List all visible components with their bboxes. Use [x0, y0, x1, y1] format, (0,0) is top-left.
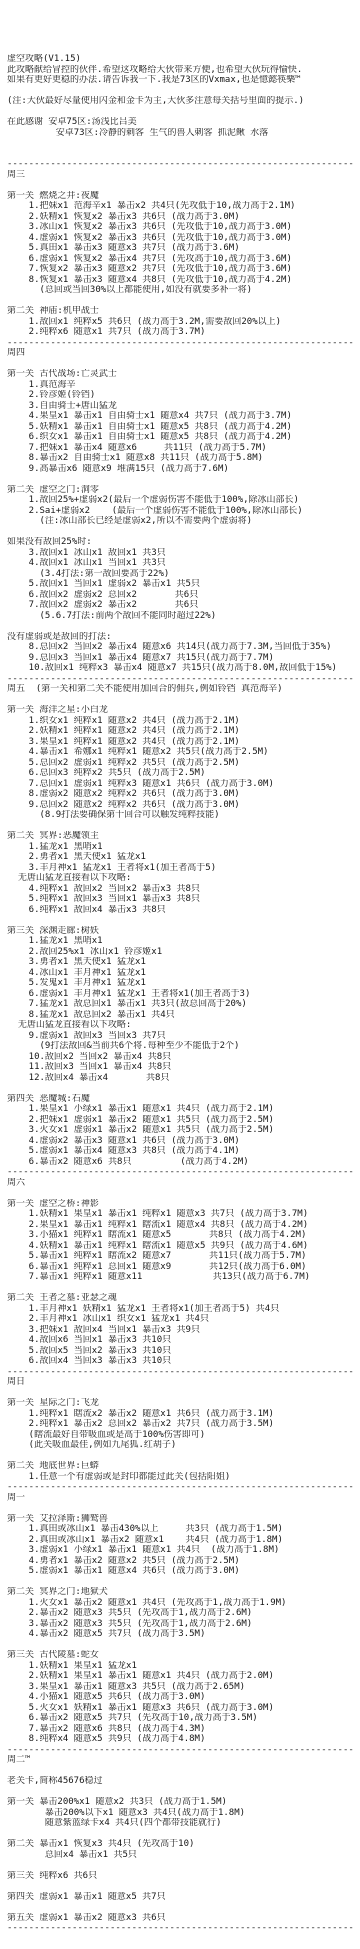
blank-line [7, 1881, 360, 1892]
separator-line: ----------------------------------------… [7, 1367, 360, 1378]
strategy-line: 9.总回x2 随意x2 纯粹x2 共6只 (战力高于3.0M) [7, 800, 360, 811]
strategy-line: 4.纯粹x1 敌回x2 当回x2 暴击x3 共8只 [7, 884, 360, 895]
blank-line [7, 1388, 360, 1399]
blank-line [7, 180, 360, 191]
stage-heading: 第二关 冥界:恶魔领主 [7, 831, 360, 842]
strategy-line: 5.纯粹x1 敌回x3 当回x1 暴击x3 共8只 [7, 894, 360, 905]
strategy-line: 4.虚弱x2 暴击x3 随意x1 共6只 (战力高于3.0M) [7, 1136, 360, 1147]
separator-line: ----------------------------------------… [7, 1923, 360, 1934]
stage-heading: 第二关 冥界之门:地狱犬 [7, 1587, 360, 1598]
strategy-line: 8.恢复x1 暴击x3 随意x4 共8只 (先攻低于10,战力高于4.2M) [7, 275, 360, 286]
strategy-line: 6.敌回x2 虚弱x2 总回x2 共6只 [7, 590, 360, 601]
strategy-line: 3.冰山x1 恢复x2 暴击x3 共6只 (先攻低于10,战力高于3.0M) [7, 222, 360, 233]
strategy-line: 2.妖精x1 果皇x1 暴击x1 随意x1 共4只 (战力高于2.0M) [7, 1671, 360, 1682]
blank-line [7, 1766, 360, 1777]
strategy-line: 1.猛龙x1 黑哨x1 [7, 936, 360, 947]
stage-heading: 没有虚弱或是敌回的打法: [7, 632, 360, 643]
blank-line [7, 1083, 360, 1094]
strategy-line: 2.纯粹x6 随意x1 共7只 (战力高于3.7M) [7, 327, 360, 338]
blank-line [7, 296, 360, 307]
strategy-line: 10.敌回x2 当回x2 暴击x4 共8只 [7, 1052, 360, 1063]
blank-line [7, 474, 360, 485]
strategy-line: 4.果皇x1 暴击x1 自由骑士x1 随意x4 共7只 (战力高于3.7M) [7, 411, 360, 422]
strategy-line: (总回或当回30%以上都能使用,如没有就要多补一将) [7, 285, 360, 296]
strategy-line: 3.敌回x1 冰山x1 敌回x1 共3只 [7, 548, 360, 559]
strategy-line: 4.暴击x2 随意x5 共7只 (战力高于3.5M) [7, 1629, 360, 1640]
strategy-line: 5.敌回x5 当回x2 暴击x3 共10只 [7, 1346, 360, 1357]
strategy-line: 4.冰山x1 丰月神x1 猛龙x1 [7, 968, 360, 979]
strategy-line: 4.妖精x1 暴击x1 纯粹x1 瞎流x1 随意x5 共9只 (战力高于4.6M… [7, 1241, 360, 1252]
separator-line: ----------------------------------------… [7, 1482, 360, 1493]
strategy-line: 3.火女x1 虚弱x1 暴击x2 随意x1 共5只 (战力高于2.5M) [7, 1125, 360, 1136]
blank-line [7, 1577, 360, 1588]
strategy-line: 1.纯粹x1 瞎流x2 暴击x2 随意x1 共6只 (战力高于3.1M) [7, 1409, 360, 1420]
stage-heading: 老关卡,简称45676稳过 [7, 1776, 360, 1787]
stage-heading: 第四关 恶魔城:石魔 [7, 1094, 360, 1105]
strategy-line: 无唐山猛龙直接看以下攻略: [7, 873, 360, 884]
strategy-line: (瞎流最好自带吸血或是高于100%伤害即可) [7, 1430, 360, 1441]
blank-line [7, 915, 360, 926]
blank-line [7, 107, 360, 118]
strategy-line: 1.妖精x1 果皇x1 暴击x1 纯粹x1 随意x3 共7只 (战力高于3.7M… [7, 1209, 360, 1220]
strategy-line: 6.敌回x4 当回x3 暴击x3 共10只 [7, 1356, 360, 1367]
strategy-line: 2.真田或冰山x1 暴击x2 随意x1 共4只 (战力高于1.8M) [7, 1535, 360, 1546]
strategy-line: 1.织女x1 纯粹x1 随意x2 共4只 (战力高于2.1M) [7, 716, 360, 727]
strategy-line: 7.敌回x2 虚弱x2 暴击x2 共6只 [7, 600, 360, 611]
strategy-line: 5.敌回x1 当回x1 虚弱x2 暴击x1 共5只 [7, 579, 360, 590]
blank-line [7, 1503, 360, 1514]
strategy-line: 1.真田或冰山x1 暴击430%以上 共3只 (战力高于1.5M) [7, 1524, 360, 1535]
stage-heading: 第一关 海洋之星:小白龙 [7, 705, 360, 716]
strategy-line: 8.纯粹x4 随意x5 共9只 (战力高于4.8M) [7, 1734, 360, 1745]
strategy-line: 2.暴击x2 随意x3 共5只 (先攻高于1,战力高于2.6M) [7, 1608, 360, 1619]
strategy-line: 3.果皇x1 暴击x1 随意x3 共5只 (战力高于2.65M) [7, 1682, 360, 1693]
strategy-line: 6.总回x3 纯粹x2 共5只 (战力高于2.5M) [7, 768, 360, 779]
strategy-line: 9.总回x3 当回x1 暴击x4 随意x7 共15只(战力高于7.7M) [7, 653, 360, 664]
strategy-line: (5.6.7打法:前两个敌回不能同时超过22%) [7, 611, 360, 622]
strategy-line: 7.恢复x2 暴击x3 随意x2 共7只 (先攻低于10,战力高于3.6M) [7, 264, 360, 275]
strategy-line: 3.把妹x1 敌回x4 当回x1 暴击x3 共9只 [7, 1325, 360, 1336]
blank-line [7, 695, 360, 706]
strategy-line: 3.虚弱x1 小绿x1 暴击x1 随意x1 共4只 (战力高于1.8M) [7, 1545, 360, 1556]
strategy-line: 2.果皇x1 暴击x1 纯粹x1 瞎流x1 随意x4 共8只 (战力高于4.2M… [7, 1220, 360, 1231]
stage-heading: 第三关 深渊走廊:树妖 [7, 926, 360, 937]
separator-line: ----------------------------------------… [7, 1745, 360, 1756]
strategy-line: 5.妖精x1 暴击x1 自由骑士x1 随意x5 共8只 (战力高于4.2M) [7, 422, 360, 433]
stage-heading: 第二关 神庙:机甲战士 [7, 306, 360, 317]
strategy-line: 3.自由骑士+唐山猛龙 [7, 401, 360, 412]
strategy-line: 5.火女x1 妖精x1 暴击x1 随意x3 共6只 (战力高于3.0M) [7, 1703, 360, 1714]
strategy-line: 8.暴击x2 自由骑士x1 随意x8 共11只 (战力高于5.8M) [7, 453, 360, 464]
strategy-line: 2.把妹x1 虚弱x1 暴击x2 随意x1 共5只 (战力高于2.5M) [7, 1115, 360, 1126]
strategy-line: (此关吸血最佳,例如九尾狐.红胡子) [7, 1440, 360, 1451]
strategy-line: 1.丰月神x1 妖精x1 猛龙x1 王者将x1(加王者高于5) 共4只 [7, 1304, 360, 1315]
strategy-line: 4.暴击x1 希娜x1 纯粹x1 随意x2 共5只(战力高于2.5M) [7, 747, 360, 758]
stage-heading: 第一关 燃烧之井:夜魔 [7, 191, 360, 202]
strategy-line: 5.总回x2 虚弱x1 纯粹x2 共5只 (战力高于2.5M) [7, 758, 360, 769]
strategy-line: 5.暴击x1 纯粹x1 瞎流x2 随意x7 共11只(战力高于5.7M) [7, 1251, 360, 1262]
strategy-line: 1.任意一个有虚弱或是封印都能过此关(包括阳姐) [7, 1472, 360, 1483]
strategy-line: (8.9打法要确保第十回合可以触发纯粹技能) [7, 810, 360, 821]
thanks-line: 在此感谢 安卓75区:汤浅比吕美 [7, 117, 360, 128]
strategy-line: 2.铃彦姬(铃铛) [7, 390, 360, 401]
stage-heading: 第一关 古代战场:亡灵武士 [7, 369, 360, 380]
strategy-line: 6.暴击x2 随意x6 共8只 (战力高于4.2M) [7, 1157, 360, 1168]
blank-line [7, 138, 360, 149]
strategy-line: 总回x4 暴击x1 共5只 [7, 1850, 360, 1861]
blank-line [7, 1188, 360, 1199]
strategy-line: 2.Sai+虚弱x2 (最后一个虚弱伤害不能低于100%,除冰山部长) [7, 506, 360, 517]
strategy-line: 7.暴击x1 纯粹x1 随意x11 共13只(战力高于6.7M) [7, 1272, 360, 1283]
strategy-line: 12.敌回x4 暴击x4 共8只 [7, 1073, 360, 1084]
blank-line [7, 621, 360, 632]
stage-heading: 第三关 纯粹x6 共6只 [7, 1871, 360, 1882]
stage-heading: 第一关 星际之门:飞龙 [7, 1398, 360, 1409]
strategy-line: 7.暴击x2 随意x6 共8只 (战力高于4.3M) [7, 1724, 360, 1735]
strategy-line: 8.总回x2 当回x2 暴击x4 随意x6 共14只(战力高于7.3M,当回低于… [7, 642, 360, 653]
stage-heading: 第三关 古代陵墓:蛇女 [7, 1650, 360, 1661]
blank-line [7, 1451, 360, 1462]
separator-line: ----------------------------------------… [7, 1167, 360, 1178]
intro-line: 如果有更好更稳的办法.请告诉我一下.我是73区的Vxmax,也是憶懿筷樂™ [7, 75, 360, 86]
strategy-line: 1.果皇x1 小绿x1 暴击x1 随意x1 共4只 (战力高于2.1M) [7, 1104, 360, 1115]
thanks-line: 安卓73区:冷静的刺客 生气的兽人刺客 抓泥鳅 水落 [7, 128, 360, 139]
strategy-line: 8.猛龙x1 敌总回x2 暴击x1 共4只 [7, 1010, 360, 1021]
strategy-line: 2.纯粹x1 暴击x2 总回x2 暴击x2 共7只 (战力高于3.5M) [7, 1419, 360, 1430]
strategy-line: 2.勇者x1 黑天使x1 猛龙x1 [7, 852, 360, 863]
strategy-line: 4.敌回x1 冰山x1 当回x1 共3只 [7, 558, 360, 569]
strategy-line: (注:冰山部长已经是虚弱x2,所以不需要两个虚弱将) [7, 516, 360, 527]
strategy-line: 4.勇者x1 暴击x2 随意x2 共5只 (战力高于2.5M) [7, 1556, 360, 1567]
strategy-line: 随意紫蓝绿卡x4 共4只(四个都带技能就行) [7, 1818, 360, 1829]
strategy-line: 3.暴击x2 随意x3 共5只 (先攻高于1,战力高于2.6M) [7, 1619, 360, 1630]
day-title: 周日 [7, 1377, 360, 1388]
stage-heading: 如果没有敌回25%时: [7, 537, 360, 548]
strategy-line: 7.总回x1 虚弱x1 纯粹x3 随意x1 共6只 (战力高于3.0M) [7, 779, 360, 790]
strategy-line: 8.虚弱x2 随意x2 纯粹x2 共6只 (战力高于3.0M) [7, 789, 360, 800]
stage-heading: 第一关 暴击200%x1 随意x2 共3只 (战力高于1.5M) [7, 1797, 360, 1808]
strategy-line: 3.勇者x1 黑天使x1 猛龙x1 [7, 957, 360, 968]
strategy-line: 暴击200%以下x1 随意x3 共4只(战力高于1.8M) [7, 1808, 360, 1819]
strategy-line: 1.敌回x1 纯粹x5 共6只 (战力高于3.2M,需要敌回20%以上) [7, 317, 360, 328]
strategy-line: 6.虚弱x1 恢复x2 暴击x4 共7只 (先攻高于10,战力高于3.6M) [7, 254, 360, 265]
strategy-line: 2.妖精x1 恢复x2 暴击x3 共6只 (战力高于3.0M) [7, 212, 360, 223]
strategy-line: 11.敌回x3 当回x1 暴击x4 共8只 [7, 1062, 360, 1073]
stage-heading: 第五关 虚弱x1 暴击x2 随意x3 共6只 [7, 1913, 360, 1924]
strategy-line: 1.妖精x1 果皇x1 猛龙x1 [7, 1661, 360, 1672]
strategy-line: 无唐山猛龙直接看以下攻略: [7, 1020, 360, 1031]
separator-line: ----------------------------------------… [7, 674, 360, 685]
separator-line: ----------------------------------------… [7, 338, 360, 349]
strategy-line: 4.虚弱x1 恢复x2 暴击x3 共6只 (先攻低于10,战力高于3.0M) [7, 233, 360, 244]
separator-line: ----------------------------------------… [7, 159, 360, 170]
blank-line [7, 1787, 360, 1798]
strategy-line: 7.猛龙x1 敌总回x1 暴击x1 共3只(敌总回高于20%) [7, 999, 360, 1010]
strategy-line: 5.真田x1 暴击x3 随意x3 共7只 (战力高于3.6M) [7, 243, 360, 254]
strategy-line: 3.小猫x1 纯粹x1 瞎流x1 随意x5 共8只 (战力高于4.2M) [7, 1230, 360, 1241]
strategy-line: 5.虚弱x1 暴击x4 随意x3 共8只 (战力高于4.1M) [7, 1146, 360, 1157]
strategy-line: (3.4打法:第一敌回要高于22%) [7, 569, 360, 580]
strategy-line: 6.织女x1 暴击x1 自由骑士x1 随意x5 共8只 (战力高于4.2M) [7, 432, 360, 443]
strategy-line: 1.把妹x1 范海辛x1 暴击x2 共4只(先攻低于10,战力高于2.1M) [7, 201, 360, 212]
strategy-line: 1.火女x1 暴击x2 随意x1 共4只 (先攻高于1,战力高于1.9M) [7, 1598, 360, 1609]
blank-line [7, 821, 360, 832]
day-title: 周四 [7, 348, 360, 359]
stage-heading: 第二关 地底世界:巨蟒 [7, 1461, 360, 1472]
strategy-line: 4.小猫x1 随意x5 共6只 (战力高于3.0M) [7, 1692, 360, 1703]
strategy-line: 6.虚弱x1 丰月神x1 猛龙x1 王者将x1(加王者高于3) [7, 989, 360, 1000]
strategy-line: 3.果皇x1 纯粹x1 随意x2 共4只 (战力高于2.1M) [7, 737, 360, 748]
strategy-line: 6.暴击x1 纯粹x1 总回x1 随意x9 共12只(战力高于6.0M) [7, 1262, 360, 1273]
strategy-line: 5.虚弱x1 暴击x1 随意x4 共6只 (战力高于3.0M) [7, 1566, 360, 1577]
strategy-line: 6.暴击x2 随意x5 共7只 (先攻高于10,战力高于3.5M) [7, 1713, 360, 1724]
strategy-line: 6.纯粹x1 敌回x4 暴击x3 共8只 [7, 905, 360, 916]
stage-heading: 第二关 王者之墓:亚瑟之魂 [7, 1293, 360, 1304]
day-title: 周一 [7, 1493, 360, 1504]
strategy-line: 3.丰月神x1 猛龙x1 王者将x1(加王者高于5) [7, 863, 360, 874]
usage-note: (注:大伙最好尽量使用闪金和金卡为主,大伙多注意每关括号里面的提示.) [7, 96, 360, 107]
blank-line [7, 1640, 360, 1651]
document-body: 虚空攻略(V1.15)此攻略献给冒控的伙伴.希望这攻略给大伙带来方便,也希望大伙… [7, 54, 360, 1934]
intro-line: 此攻略献给冒控的伙伴.希望这攻略给大伙带来方便,也希望大伙玩得愉快. [7, 65, 360, 76]
stage-heading: 第一关 艾拉泽斯:狮鹫兽 [7, 1514, 360, 1525]
stage-heading: 第二关 虚空之门:洞零 [7, 485, 360, 496]
blank-line [7, 86, 360, 97]
strategy-line: 2.妖精x1 纯粹x1 随意x2 共4只 (战力高于2.1M) [7, 726, 360, 737]
strategy-line: 1.真范海辛 [7, 380, 360, 391]
strategy-line: 10.敌回x1 纯粹x3 暴击x4 随意x7 共15只(战力高于8.0M,敌回低… [7, 663, 360, 674]
day-title: 周三 [7, 170, 360, 181]
stage-heading: 第二关 暴击x1 恢复x3 共4只 (先攻高于10) [7, 1839, 360, 1850]
strategy-line: 1.猛龙x1 黑哨x1 [7, 842, 360, 853]
stage-heading: 第四关 虚弱x1 暴击x1 随意x5 共7只 [7, 1892, 360, 1903]
strategy-line: 1.敌回25%+虚弱x2(最后一个虚弱伤害不能低于100%,除冰山部长) [7, 495, 360, 506]
strategy-line: 9.虚弱x1 敌回x3 当回x3 共7只 [7, 1031, 360, 1042]
doc-title: 虚空攻略(V1.15) [7, 54, 360, 65]
blank-line [7, 359, 360, 370]
blank-line [7, 1902, 360, 1913]
strategy-line: (9打法敌回&当前共6个将.每种至少不能低于2个) [7, 1041, 360, 1052]
day-title: 周六 [7, 1178, 360, 1189]
strategy-line: 7.把妹x1 暴击x4 随意x6 共11只 (战力高于5.7M) [7, 443, 360, 454]
blank-line [7, 527, 360, 538]
blank-line [7, 149, 360, 160]
strategy-line: 9.高暴击x6 随意x9 堆满15只 (战力高于7.6M) [7, 464, 360, 475]
blank-line [7, 1860, 360, 1871]
guide-document: 虚空攻略(V1.15)此攻略献给冒控的伙伴.希望这攻略给大伙带来方便,也希望大伙… [0, 0, 360, 1934]
strategy-line: 4.敌回x6 当回x1 暴击x3 共10只 [7, 1335, 360, 1346]
stage-heading: 第一关 虚空之桥:神影 [7, 1199, 360, 1210]
strategy-line: 2.丰月神x1 冰山x1 织女x1 猛龙x1 共4只 [7, 1314, 360, 1325]
blank-line [7, 1283, 360, 1294]
strategy-line: 5.发鬼x1 丰月神x1 猛龙x1 [7, 978, 360, 989]
day-title: 周二™ [7, 1755, 360, 1766]
blank-line [7, 1829, 360, 1840]
strategy-line: 2.敌回25%x1 冰山x1 铃彦姬x1 [7, 947, 360, 958]
day-title: 周五 (第一关和第二关不能使用加回合的佣兵,例如铃铛 真范海辛) [7, 684, 360, 695]
